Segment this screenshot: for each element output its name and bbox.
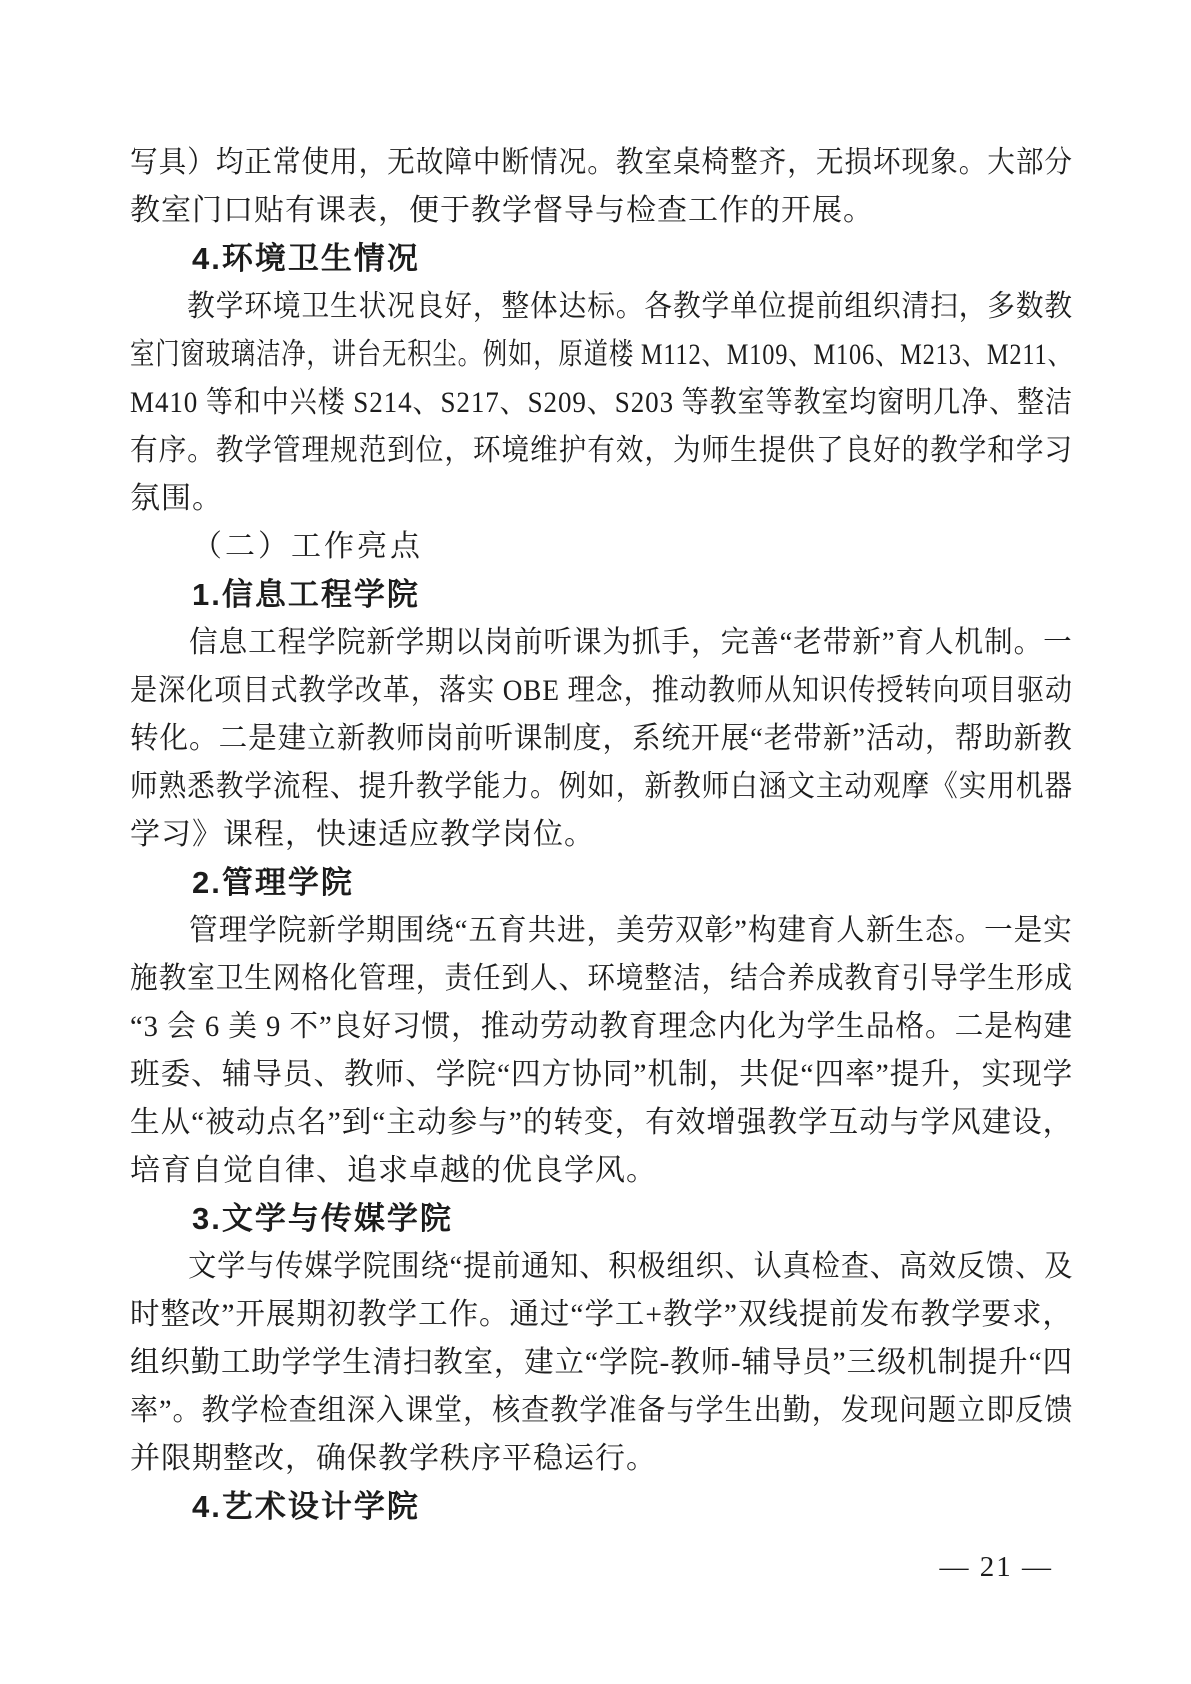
body-text-line: 写具）均正常使用，无故障中断情况。教室桌椅整齐，无损坏现象。大部分 <box>130 139 999 187</box>
document-body: 写具）均正常使用，无故障中断情况。教室桌椅整齐，无损坏现象。大部分教室门口贴有课… <box>130 139 1073 1531</box>
body-text-line: 培育自觉自律、追求卓越的优良学风。 <box>130 1147 1073 1195</box>
page-footer: — 21 — <box>940 1545 1054 1589</box>
body-text-line: M410 等和中兴楼 S214、S217、S209、S203 等教室等教室均窗明… <box>130 379 980 427</box>
body-text-line: 生从“被动点名”到“主动参与”的转变，有效增强教学互动与学风建设， <box>130 1099 1060 1147</box>
section-heading: 4.艺术设计学院 <box>130 1483 1073 1531</box>
section-heading: 2.管理学院 <box>130 859 1073 907</box>
body-text-line: 教室门口贴有课表，便于教学督导与检查工作的开展。 <box>130 187 1073 235</box>
body-text-line: 师熟悉教学流程、提升教学能力。例如，新教师白涵文主动观摩《实用机器 <box>130 763 999 811</box>
page-number: — 21 — <box>940 1551 1054 1583</box>
body-text-line: 信息工程学院新学期以岗前听课为抓手，完善“老带新”育人机制。一 <box>130 619 1028 667</box>
body-text-line: 并限期整改，确保教学秩序平稳运行。 <box>130 1435 1073 1483</box>
body-text-line: 教学环境卫生状况良好，整体达标。各教学单位提前组织清扫，多数教 <box>130 283 999 331</box>
body-text-line: 文学与传媒学院围绕“提前通知、积极组织、认真检查、高效反馈、及 <box>130 1243 1014 1291</box>
body-text-line: 氛围。 <box>130 475 1073 523</box>
body-text-line: 组织勤工助学学生清扫教室，建立“学院-教师-辅导员”三级机制提升“四 <box>130 1339 1052 1387</box>
body-text-line: 室门窗玻璃洁净，讲台无积尘。例如，原道楼 M112、M109、M106、M213… <box>130 331 897 379</box>
section-heading: 1.信息工程学院 <box>130 571 1073 619</box>
body-text-line: 学习》课程，快速适应教学岗位。 <box>130 811 1073 859</box>
section-heading: 3.文学与传媒学院 <box>130 1195 1073 1243</box>
body-text-line: 是深化项目式教学改革，落实 OBE 理念，推动教师从知识传授转向项目驱动 <box>130 667 984 715</box>
body-text-line: 率”。教学检查组深入课堂，核查教学准备与学生出勤，发现问题立即反馈 <box>130 1387 1014 1435</box>
body-text-line: 班委、辅导员、教师、学院“四方协同”机制，共促“四率”提升，实现学 <box>130 1051 1060 1099</box>
body-text-line: “3 会 6 美 9 不”良好习惯，推动劳动教育理念内化为学生品格。二是构建 <box>130 1003 1031 1051</box>
body-text-line: 管理学院新学期围绕“五育共进，美劳双彰”构建育人新生态。一是实 <box>130 907 1028 955</box>
body-text-line: 时整改”开展期初教学工作。通过“学工+教学”双线提前发布教学要求， <box>130 1291 1056 1339</box>
subsection-heading: （二）工作亮点 <box>130 523 1073 571</box>
body-text-line: 有序。教学管理规范到位，环境维护有效，为师生提供了良好的教学和学习 <box>130 427 999 475</box>
section-heading: 4.环境卫生情况 <box>130 235 1073 283</box>
body-text-line: 转化。二是建立新教师岗前听课制度，系统开展“老带新”活动，帮助新教 <box>130 715 1028 763</box>
body-text-line: 施教室卫生网格化管理，责任到人、环境整洁，结合养成教育引导学生形成 <box>130 955 999 1003</box>
document-page: 写具）均正常使用，无故障中断情况。教室桌椅整齐，无损坏现象。大部分教室门口贴有课… <box>0 0 1191 1684</box>
